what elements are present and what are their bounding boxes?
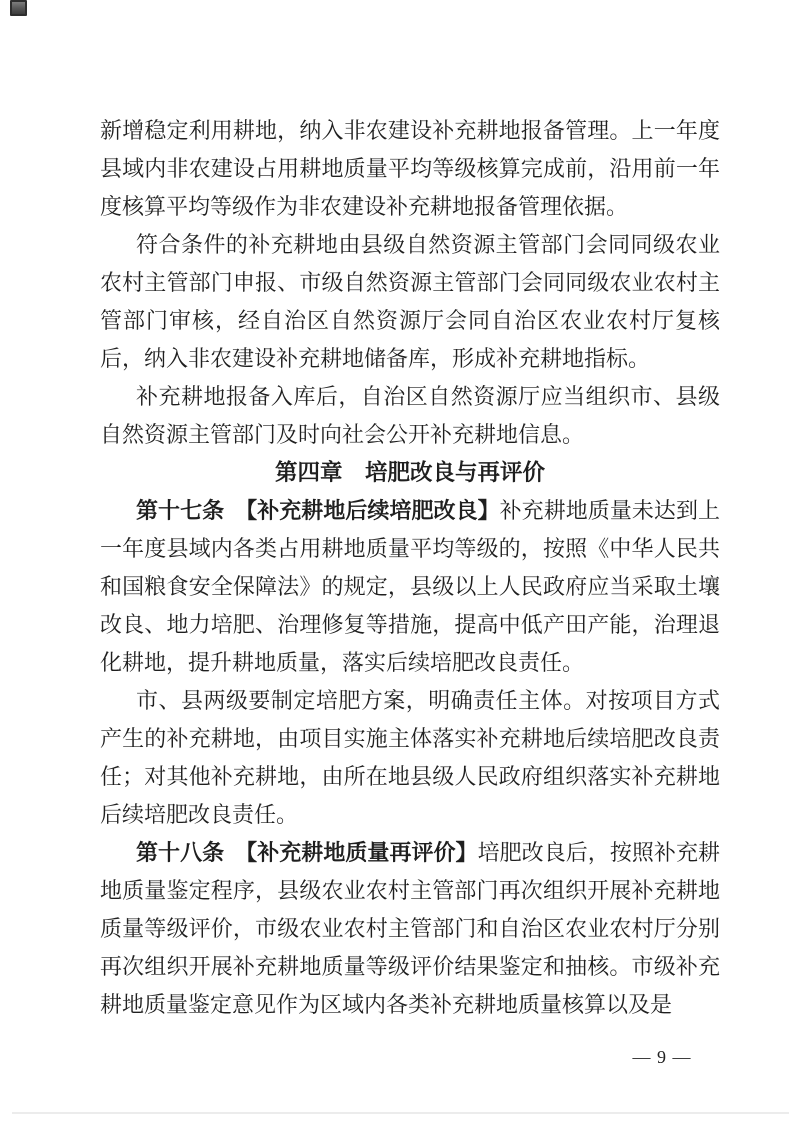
bold-text-run: 第十七条 【补充耕地后续培肥改良】 [136, 498, 500, 523]
paragraph: 第十八条 【补充耕地质量再评价】培肥改良后，按照补充耕地质量鉴定程序，县级农业农… [100, 834, 720, 1024]
paragraph: 新增稳定利用耕地，纳入非农建设补充耕地报备管理。上一年度县域内非农建设占用耕地质… [100, 112, 720, 226]
text-run: 符合条件的补充耕地由县级自然资源主管部门会同同级农业农村主管部门申报、市级自然资… [100, 232, 720, 371]
document-body: 新增稳定利用耕地，纳入非农建设补充耕地报备管理。上一年度县域内非农建设占用耕地质… [100, 112, 720, 1024]
paragraph: 第十七条 【补充耕地后续培肥改良】补充耕地质量未达到上一年度县域内各类占用耕地质… [100, 492, 720, 682]
bold-text-run: 第十八条 【补充耕地质量再评价】 [136, 840, 478, 865]
text-run: 培肥改良后，按照补充耕地质量鉴定程序，县级农业农村主管部门再次组织开展补充耕地质… [100, 840, 720, 1017]
page-number: — 9 — [607, 1047, 717, 1068]
document-page: 新增稳定利用耕地，纳入非农建设补充耕地报备管理。上一年度县域内非农建设占用耕地质… [0, 0, 789, 1122]
paragraph: 符合条件的补充耕地由县级自然资源主管部门会同同级农业农村主管部门申报、市级自然资… [100, 226, 720, 378]
scan-artifact-mark [10, 0, 27, 16]
scan-edge-line [12, 1112, 789, 1114]
text-run: 补充耕地报备入库后，自治区自然资源厅应当组织市、县级自然资源主管部门及时向社会公… [100, 384, 720, 447]
paragraph: 市、县两级要制定培肥方案，明确责任主体。对按项目方式产生的补充耕地，由项目实施主… [100, 682, 720, 834]
paragraph: 补充耕地报备入库后，自治区自然资源厅应当组织市、县级自然资源主管部门及时向社会公… [100, 378, 720, 454]
bold-text-run: 第四章 培肥改良与再评价 [275, 460, 545, 485]
text-run: 补充耕地质量未达到上一年度县域内各类占用耕地质量平均等级的，按照《中华人民共和国… [100, 498, 720, 675]
chapter-heading: 第四章 培肥改良与再评价 [100, 454, 720, 492]
text-run: 新增稳定利用耕地，纳入非农建设补充耕地报备管理。上一年度县域内非农建设占用耕地质… [100, 118, 720, 219]
text-run: 市、县两级要制定培肥方案，明确责任主体。对按项目方式产生的补充耕地，由项目实施主… [100, 688, 720, 827]
